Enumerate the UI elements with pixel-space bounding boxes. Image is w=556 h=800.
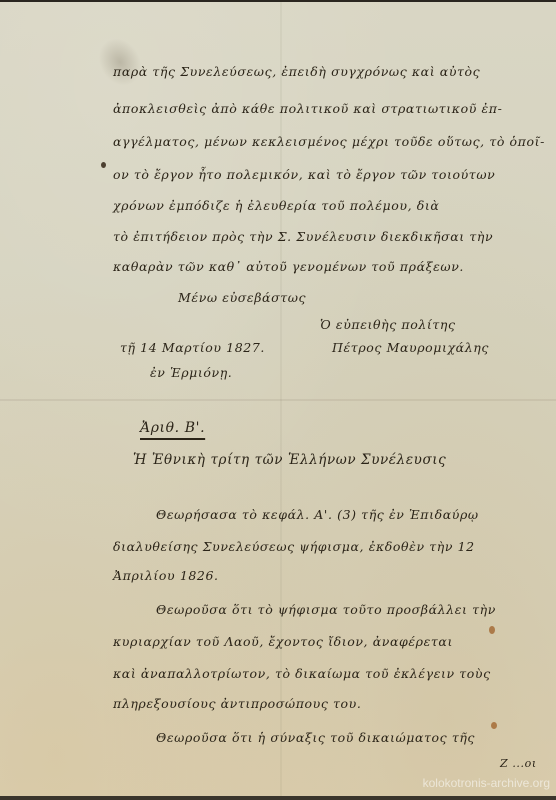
section-heading: Ἀριθ. Β'. (140, 420, 205, 436)
manuscript-line: αγγέλματος, μένων κεκλεισμένος μέχρι τοῦ… (113, 134, 545, 149)
manuscript-line: καθαρὰν τῶν καθ᾽ αὐτοῦ γενομένων τοῦ πρά… (113, 259, 464, 274)
signature-name: Πέτρος Μαυρομιχάλης (332, 340, 489, 355)
ink-blot (101, 162, 106, 168)
rust-stain (491, 722, 497, 729)
archive-watermark: kolokotronis-archive.org (423, 776, 550, 790)
signature-title: Ὁ εὐπειθὴς πολίτης (320, 317, 456, 332)
manuscript-line: ον τὸ ἔργον ἦτο πολεμικόν, καὶ τὸ ἔργον … (113, 167, 495, 182)
closing-salutation: Μένω εὐσεβάστως (178, 290, 306, 305)
manuscript-line: χρόνων ἐμπόδιζε ἡ ἐλευθερία τοῦ πολέμου,… (113, 198, 439, 213)
paper-fold (0, 399, 556, 401)
scan-edge (0, 796, 556, 800)
paragraph-line: Ἀπριλίου 1826. (113, 568, 219, 583)
place-line: ἐν Ἑρμιόνῃ. (150, 365, 232, 380)
paragraph-line: Θεωροῦσα ὅτι τὸ ψήφισμα τοῦτο προσβάλλει… (156, 602, 496, 617)
manuscript-page: παρὰ τῆς Συνελεύσεως, ἐπειδὴ συγχρόνως κ… (0, 2, 556, 796)
date-line: τῇ 14 Μαρτίου 1827. (120, 340, 265, 355)
rust-stain (489, 626, 495, 634)
manuscript-line: τὸ ἐπιτήδειον πρὸς τὴν Σ. Συνέλευσιν διε… (113, 229, 493, 244)
paragraph-line: καὶ ἀναπαλλοτρίωτον, τὸ δικαίωμα τοῦ ἐκλ… (113, 666, 491, 681)
paragraph-line: διαλυθείσης Συνελεύσεως ψήφισμα, ἐκδοθὲν… (113, 539, 475, 554)
ink-smudge (90, 30, 150, 93)
manuscript-line: παρὰ τῆς Συνελεύσεως, ἐπειδὴ συγχρόνως κ… (113, 64, 480, 79)
catchword: Ζ ...οι (500, 757, 537, 770)
section-title: Ἡ Ἐθνικὴ τρίτη τῶν Ἑλλήνων Συνέλευσις (133, 452, 446, 468)
paragraph-line: Θεωροῦσα ὅτι ἡ σύναξις τοῦ δικαιώματος τ… (156, 730, 475, 745)
paragraph-line: κυριαρχίαν τοῦ Λαοῦ, ἔχοντος ἴδιον, ἀναφ… (113, 634, 453, 649)
paragraph-line: Θεωρήσασα τὸ κεφάλ. Α'. (3) τῆς ἐν Ἐπιδα… (156, 507, 479, 522)
paragraph-line: πληρεξουσίους ἀντιπροσώπους του. (113, 696, 361, 711)
manuscript-line: ἀποκλεισθεὶς ἀπὸ κάθε πολιτικοῦ καὶ στρα… (113, 101, 502, 116)
